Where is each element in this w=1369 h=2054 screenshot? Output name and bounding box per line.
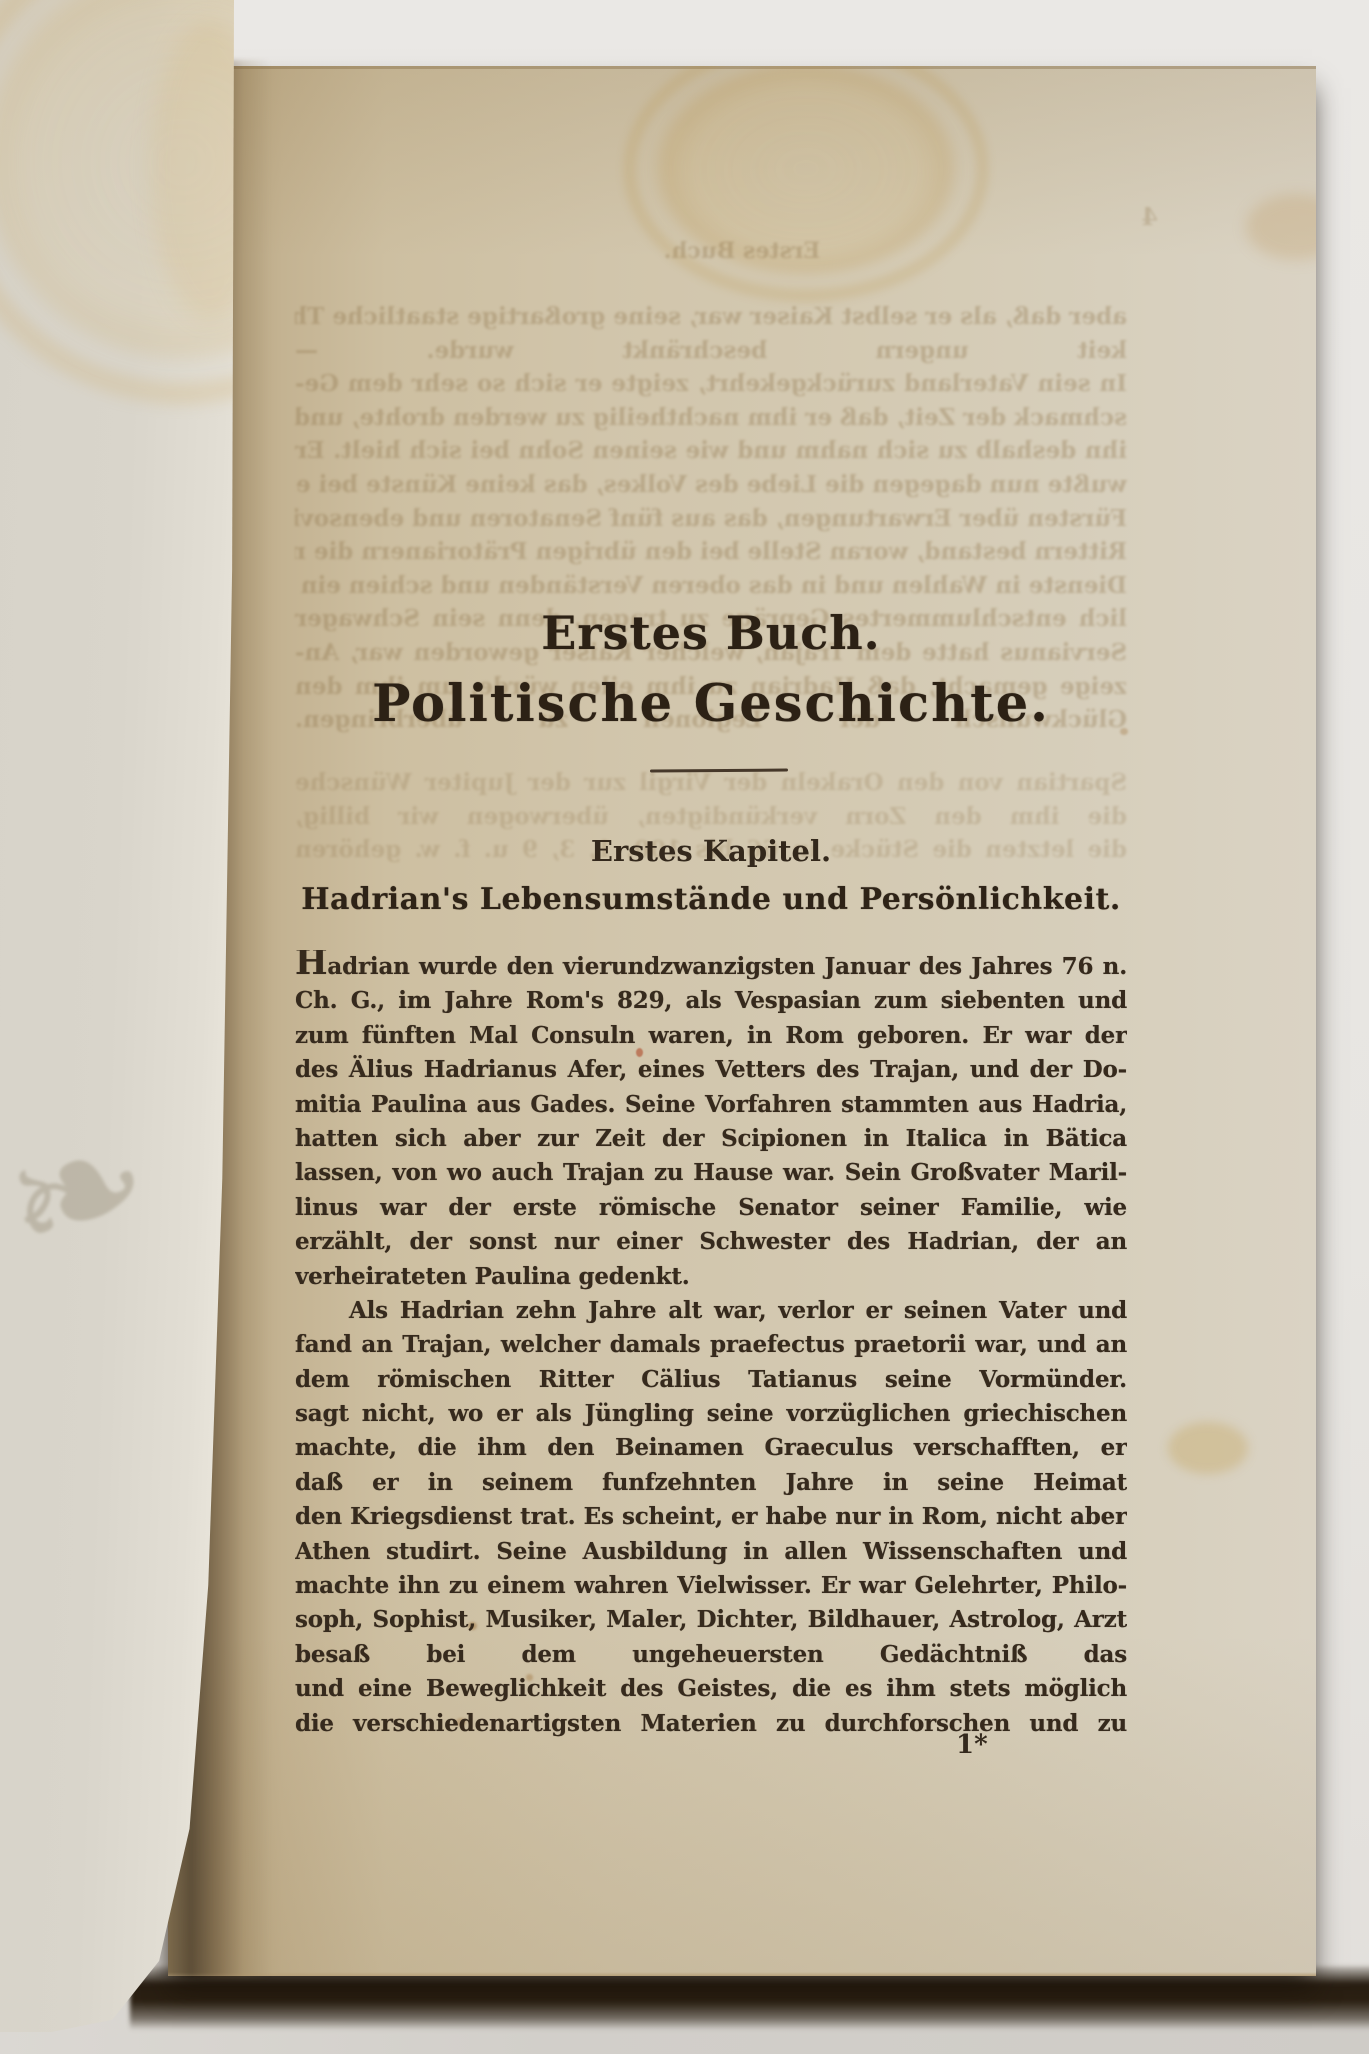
body-line: daß er in seinem funfzehnten Jahre in se…: [295, 1466, 1127, 1500]
body-line: soph, Sophist, Musiker, Maler, Dichter, …: [295, 1603, 1127, 1637]
body-line: linus war der erste römische Senator sei…: [295, 1191, 1127, 1225]
body-line: hatten sich aber zur Zeit der Scipionen …: [295, 1122, 1127, 1156]
body-line: verheirateten Paulina gedenkt.: [295, 1260, 1127, 1294]
body-text: Hadrian wurde den vierundzwanzigsten Jan…: [295, 950, 1127, 1741]
book-title: Erstes Buch.: [295, 606, 1127, 660]
book-subtitle: Politische Geschichte.: [295, 674, 1127, 734]
body-line: machte ihn zu einem wahren Vielwisser. E…: [295, 1569, 1127, 1603]
body-line: Hadrian wurde den vierundzwanzigsten Jan…: [295, 950, 1127, 984]
body-line: erzählt, der sonst nur einer Schwester d…: [295, 1225, 1127, 1259]
book-page: Erstes Buch. 4 aber daß, als er selbst K…: [168, 66, 1316, 1976]
divider-rule: [650, 769, 788, 773]
signature-mark: 1*: [956, 1730, 1016, 1760]
body-line: Athen studirt. Seine Ausbildung in allen…: [295, 1535, 1127, 1569]
body-line: mitia Paulina aus Gades. Seine Vorfahren…: [295, 1088, 1127, 1122]
body-line: den Kriegsdienst trat. Es scheint, er ha…: [295, 1500, 1127, 1534]
body-line: zum fünften Mal Consuln waren, in Rom ge…: [295, 1019, 1127, 1053]
chapter-subtitle: Hadrian's Lebensumstände und Persönlichk…: [295, 882, 1127, 917]
body-line: machte, die ihm den Beinamen Graeculus v…: [295, 1431, 1127, 1465]
body-line: sagt nicht, wo er als Jüngling seine vor…: [295, 1397, 1127, 1431]
chapter-title: Erstes Kapitel.: [295, 834, 1127, 868]
printed-content: Erstes Buch. Politische Geschichte. Erst…: [168, 66, 1316, 1976]
blind-stamp-ornament: ❧: [0, 1090, 171, 1296]
book-photo: Erstes Buch. 4 aber daß, als er selbst K…: [0, 0, 1369, 2054]
body-line: und eine Beweglichkeit des Geistes, die …: [295, 1672, 1127, 1706]
body-line: des Älius Hadrianus Afer, eines Vetters …: [295, 1053, 1127, 1087]
body-line: fand an Trajan, welcher damals praefectu…: [295, 1328, 1127, 1362]
body-line: dem römischen Ritter Cälius Tatianus sei…: [295, 1363, 1127, 1397]
body-line: lassen, von wo auch Trajan zu Hause war.…: [295, 1156, 1127, 1190]
body-line: Ch. G., im Jahre Rom's 829, als Vespasia…: [295, 984, 1127, 1018]
body-line: Als Hadrian zehn Jahre alt war, verlor e…: [295, 1294, 1127, 1328]
body-line: besaß bei dem ungeheuersten Gedächtniß d…: [295, 1638, 1127, 1672]
